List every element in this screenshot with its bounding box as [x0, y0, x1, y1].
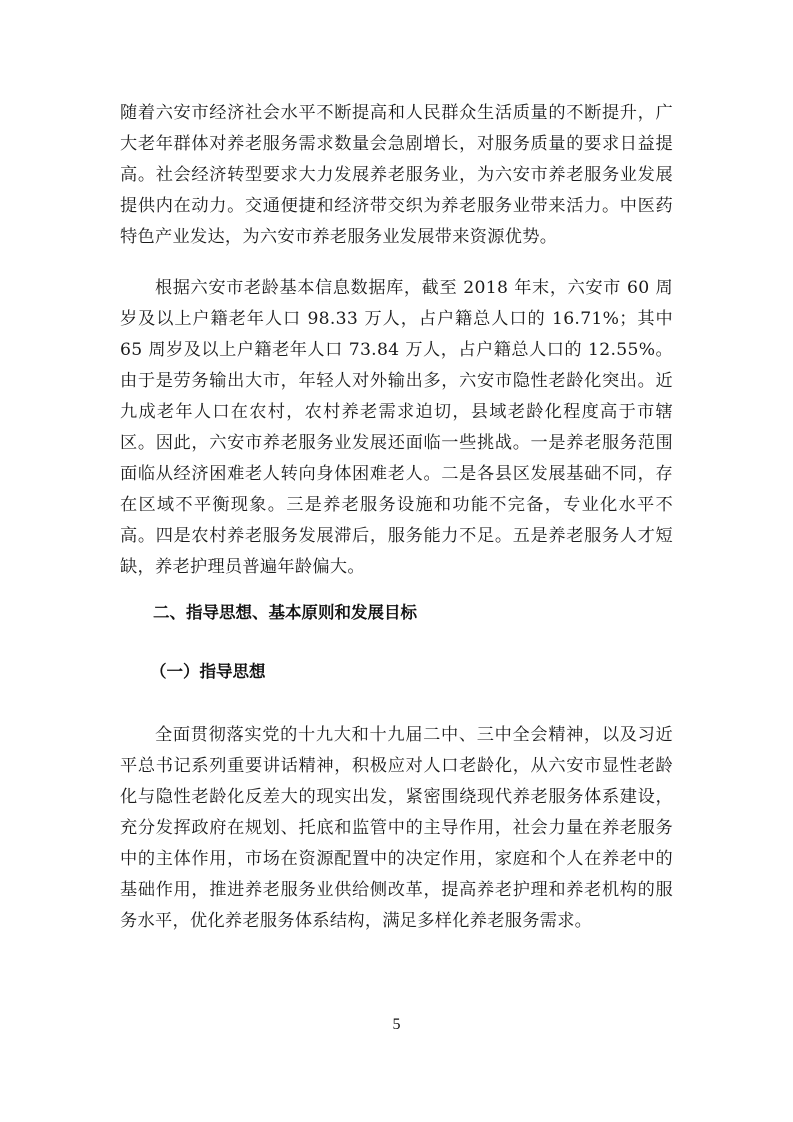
- section-heading: 二、指导思想、基本原则和发展目标: [153, 601, 417, 625]
- paragraph-aging-statistics-challenges: 根据六安市老龄基本信息数据库，截至 2018 年末，六安市 60 周岁及以上户籍…: [120, 273, 673, 583]
- paragraph-development-opportunities: 随着六安市经济社会水平不断提高和人民群众生活质量的不断提升，广大老年群体对养老服…: [120, 98, 673, 253]
- document-page: 随着六安市经济社会水平不断提高和人民群众生活质量的不断提升，广大老年群体对养老服…: [0, 0, 793, 1122]
- page-number: 5: [0, 1016, 793, 1034]
- paragraph-guiding-ideology: 全面贯彻落实党的十九大和十九届二中、三中全会精神，以及习近平总书记系列重要讲话精…: [120, 720, 673, 937]
- subsection-heading: （一）指导思想: [150, 660, 266, 684]
